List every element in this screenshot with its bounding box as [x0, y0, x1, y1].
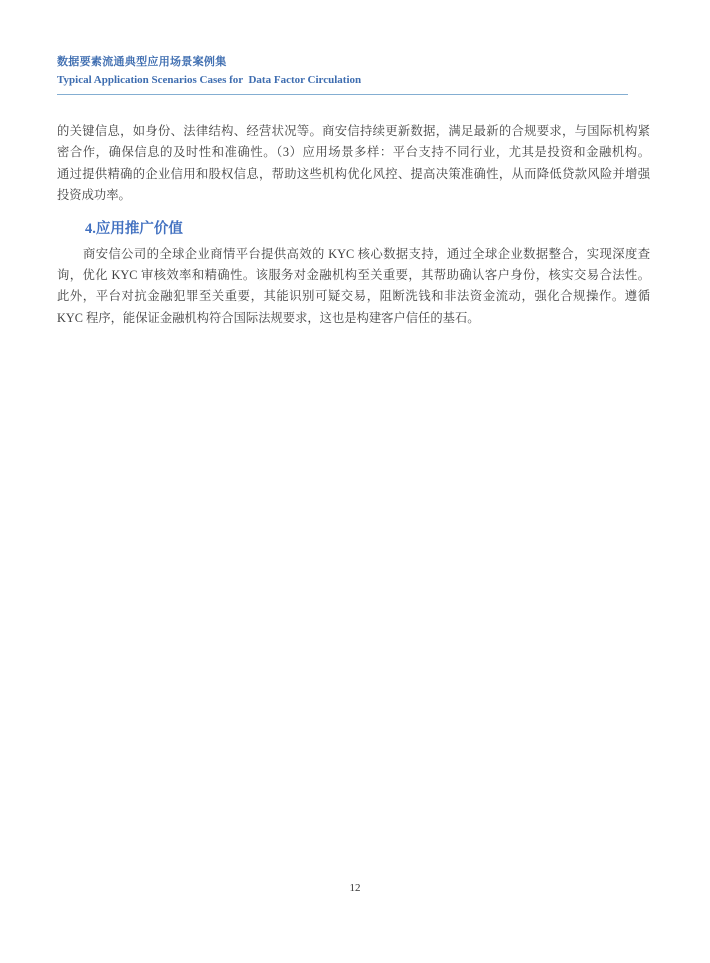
page-number: 12 [350, 882, 361, 894]
header-title-zh: 数据要素流通典型应用场景案例集 [57, 55, 628, 70]
paragraph-2-line-2: 询，优化 KYC 审核效率和精确性。该服务对金融机构至关重要，其帮助确认客户身份… [57, 265, 650, 286]
paragraph-2: 商安信公司的全球企业商情平台提供高效的 KYC 核心数据支持，通过全球企业数据整… [57, 244, 650, 330]
paragraph-1-line-3: 通过提供精确的企业信用和股权信息，帮助这些机构优化风控、提高决策准确性，从而降低… [57, 164, 650, 185]
page-body: 的关键信息，如身份、法律结构、经营状况等。商安信持续更新数据，满足最新的合规要求… [57, 121, 650, 329]
paragraph-1-line-2: 密合作，确保信息的及时性和准确性。（3）应用场景多样：平台支持不同行业，尤其是投… [57, 142, 650, 163]
paragraph-1-line-4: 投资成功率。 [57, 185, 650, 206]
paragraph-1-line-1: 的关键信息，如身份、法律结构、经营状况等。商安信持续更新数据，满足最新的合规要求… [57, 121, 650, 142]
header-title-en: Typical Application Scenarios Cases for … [57, 73, 628, 88]
paragraph-2-line-3: 此外，平台对抗金融犯罪至关重要，其能识别可疑交易，阻断洗钱和非法资金流动，强化合… [57, 286, 650, 307]
section-heading: 4.应用推广价值 [57, 219, 650, 239]
header-rule [57, 94, 628, 95]
paragraph-2-line-4: KYC 程序，能保证金融机构符合国际法规要求，这也是构建客户信任的基石。 [57, 308, 650, 329]
page-header: 数据要素流通典型应用场景案例集 Typical Application Scen… [57, 55, 628, 95]
paragraph-2-line-1: 商安信公司的全球企业商情平台提供高效的 KYC 核心数据支持，通过全球企业数据整… [57, 244, 650, 265]
page-footer: 12 [0, 881, 710, 895]
document-page: 数据要素流通典型应用场景案例集 Typical Application Scen… [0, 0, 710, 963]
paragraph-1: 的关键信息，如身份、法律结构、经营状况等。商安信持续更新数据，满足最新的合规要求… [57, 121, 650, 207]
